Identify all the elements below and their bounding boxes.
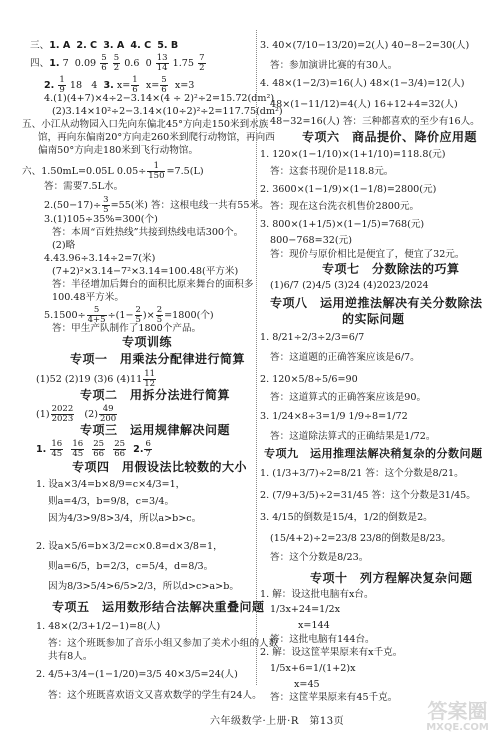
fraction: 52 — [113, 54, 120, 73]
fraction: 1314 — [156, 54, 169, 73]
fraction: 56 — [100, 54, 107, 73]
q-num: 1. — [49, 58, 59, 69]
topic-4-line: 因为4/3>9/8>3/4，所以a>b>c。 — [48, 513, 201, 525]
topic-10-line: 1/5x+6=1/(1+2)x — [270, 663, 356, 675]
topic-5-line: 2. 4/5+3/4−(1−1/20)=3/5 40×3/5=24(人) — [36, 669, 238, 681]
fraction: 1112 — [143, 370, 156, 389]
topic-8-title: 专项八 运用逆推法解决有关分数除法 — [270, 297, 483, 309]
fraction: 20222023 — [51, 405, 75, 424]
topic-8-line: 2. 120×5/8÷5/6=90 — [260, 374, 358, 386]
section-5-line2: 馆，再向东偏南20°方向走260米到爬行动物馆，再向西 — [38, 132, 275, 144]
topic-6-title: 专项六 商品提价、降价应用题 — [302, 131, 477, 143]
topic-5-line: 1. 48×(2/3+1/2−1)=8(人) — [36, 621, 160, 633]
item-line: 4. 48×(1−2/3)=16(人) 48×(1−3/4)=12(人) — [260, 78, 465, 90]
answer-text: 答：这道除法算式的正确结果是1/72。 — [270, 431, 435, 443]
answer-text: 答：这批电脑有144台。 — [270, 634, 375, 646]
topic-10-line: 2. 解：设这筐苹果原来有x千克。 — [260, 647, 402, 659]
topic-6-line: 1. 120×(1−1/10)×(1+1/10)=118.8(元) — [260, 149, 446, 161]
topic-4-line: 2. 设a×5/6=b×3/2=c×0.8=d×3/8=1， — [36, 541, 223, 553]
section-4-q4-2: (2)3.14×10²÷2−3.14×(10÷2)²÷2=117.75(dm²) — [52, 106, 283, 118]
topic-5-title: 专项五 运用数形结合法解决重叠问题 — [52, 601, 265, 613]
topic-4-line: 因为8/3>5/4>6/5>2/3，所以d>c>a>b。 — [48, 581, 239, 593]
topic-6-line: 2. 3600×(1−1/9)×(1−1/8)=2800(元) — [260, 184, 436, 196]
value: 18 4 — [70, 80, 97, 91]
answer-text: 答：这道算式的正确答案应该是90。 — [270, 392, 426, 404]
answer-text: 答：这个分数是8/23。 — [270, 552, 368, 564]
section-5-line3: 偏南50°方向走180米到飞行动物馆。 — [38, 145, 198, 157]
value: x= — [146, 80, 159, 91]
fraction: 72 — [198, 54, 205, 73]
answer: 3. A — [103, 40, 124, 51]
section-label: 三、 — [30, 40, 49, 51]
topic-9-title: 专项九 运用推理法解决稍复杂的分数问题 — [264, 448, 483, 460]
topic-4-line: 1. 设a×3/4=b×8/9=c×4/3=1， — [36, 479, 185, 491]
section-3-answers: 三、1. A 2. C 3. A 4. C 5. B — [30, 40, 178, 52]
topic-4-title: 专项四 用假设法比较数的大小 — [72, 461, 247, 473]
topic-5-line: 答：这个班既参加了音乐小组又参加了美术小组的人数 — [48, 638, 278, 650]
topic-7-title: 专项七 分数除法的巧算 — [322, 263, 460, 275]
column-divider — [256, 30, 257, 685]
section-4-q1: 四、1. 7 0.09 56 52 0.6 0 1314 1.75 72 — [30, 54, 207, 73]
section-6-q2: 2.(50−17)÷35=55(米) 答：这根电线一共有55米。 — [44, 196, 269, 215]
section-4-q4-1: 4.(1)(4+7)×4÷2−3.14×(4 ÷ 2)²÷2=15.72(dm²… — [44, 93, 274, 105]
q-num: 2. — [44, 80, 54, 91]
topic-3-title: 专项三 运用规律解决问题 — [80, 424, 230, 436]
answer-text: 答：本周“百姓热线”共接到热线电话300个。 — [52, 227, 243, 239]
watermark-text: 答案圈 — [420, 700, 495, 722]
section-6-q4: 4.43.96÷3.14÷2=7(米) — [44, 253, 155, 265]
value: x= — [117, 80, 130, 91]
watermark-logo: 答案圈 MXQE.COM — [420, 700, 495, 740]
answer-text: 答：半径增加后舞台的面积比原来舞台的面积多 — [52, 279, 253, 291]
topic-9-line: 1. (1/3+3/7)÷2=8/21 答：这个分数是8/21。 — [260, 468, 464, 480]
topic-9-line: 2. (7/9+3/5)÷2=31/45 答：这个分数是31/45。 — [260, 490, 476, 502]
answer-text: 100.48平方米。 — [52, 292, 124, 304]
topic-7-answers: (1)6/7 (2)4/5 (3)24 (4)2023/2024 — [270, 280, 429, 292]
q-num: 3. — [103, 80, 113, 91]
value: 7 — [63, 58, 69, 69]
topic-2-title: 专项二 用拆分法进行简算 — [80, 389, 230, 401]
fraction: 35 — [102, 196, 109, 215]
topic-3-answers: 1. 1645 1645 2566 2566 2.67 — [36, 440, 153, 459]
section-label: 四、 — [30, 58, 49, 69]
item-line: 3. 40×(7/10−13/20)=2(人) 40−8−2=30(人) — [260, 40, 469, 52]
fraction: 1150 — [147, 162, 165, 181]
topic-10-line: x=144 — [298, 620, 330, 632]
section-5-line1: 五、小江从动物园入口先向东偏北45°方向走150米到水族 — [22, 119, 268, 131]
value: 0.6 — [124, 58, 139, 69]
topic-10-line: 1/3x+24=1/2x — [270, 604, 340, 616]
value: 0.09 — [75, 58, 96, 69]
value: 0 — [146, 58, 152, 69]
value: 1.75 — [173, 58, 194, 69]
topic-10-line: x=45 — [294, 679, 320, 691]
answer-text: 答：现在这台洗衣机售价2800元。 — [270, 201, 419, 213]
answer-text: (2)略 — [52, 240, 75, 252]
page-footer: 六年级数学·上册·R 第13页 — [210, 712, 344, 727]
topic-5-line: 答：这个班既喜欢语文又喜欢数学的学生有24人。 — [48, 690, 262, 702]
topic-1-title: 专项一 用乘法分配律进行简算 — [70, 353, 245, 365]
topic-8-title-2: 的实际问题 — [342, 313, 405, 325]
item-line: 48−32=16(人) 答：三种都喜欢的至少有16人。 — [270, 116, 480, 128]
topic-9-line: 3. 4/15的倒数是15/4，1/2的倒数是2。 — [260, 512, 433, 524]
answer-text: 答：参加演讲比赛的有30人。 — [270, 60, 397, 72]
training-title: 专项训练 — [122, 336, 172, 348]
answer-text: 答：需要7.5L水。 — [44, 181, 123, 193]
answer-text: 答：甲生产队制作了1800个产品。 — [52, 323, 201, 335]
topic-10-line: 1. 解：设这批电脑有x台。 — [260, 589, 374, 601]
answer-text: 答：这筐苹果原来有45千克。 — [270, 692, 397, 704]
answer-text: 答：现价与原价相比是便宜了，便宜了32元。 — [270, 249, 465, 261]
section-6-q3: 3.(1)105÷35%=300(个) — [44, 214, 158, 226]
topic-4-line: 则a=4/3，b=9/8，c=3/4。 — [48, 496, 174, 508]
value: x=3 — [175, 80, 195, 91]
section-6-q1: 六、1.50mL=0.05L 0.05÷1150=7.5(L) — [22, 162, 204, 181]
section-6-q4-calc: (7+2)²×3.14−7²×3.14=100.48(平方米) — [52, 266, 238, 278]
topic-6-line: 3. 800×(1+1/5)×(1−1/5)=768(元) — [260, 219, 424, 231]
fraction: 49200 — [99, 405, 117, 424]
answer-text: 答：这套书现价是118.8元。 — [270, 166, 393, 178]
topic-10-title: 专项十 列方程解决复杂问题 — [310, 572, 473, 584]
answer: 4. C — [130, 40, 151, 51]
topic-8-line: 3. 1/24×8÷3=1/9 1/9÷8=1/72 — [260, 411, 408, 423]
topic-9-line: (15/4+2)÷2=23/8 23/8的倒数是8/23。 — [270, 533, 451, 545]
topic-2-answers: (1)20222023 (2)49200 — [36, 405, 118, 424]
answer-text: 答：这道题的正确答案应该是6/7。 — [270, 352, 420, 364]
item-line: 48×(1−11/12)=4(人) 16+12+4=32(人) — [270, 99, 458, 111]
topic-8-line: 1. 8/21÷2/3÷2/3=6/7 — [260, 332, 364, 344]
topic-1-answers: (1)52 (2)19 (3)6 (4)111112 — [36, 370, 157, 389]
topic-4-line: 则a=6/5，b=2/3，c=5/4，d=8/3。 — [48, 561, 213, 573]
answer: 5. B — [157, 40, 178, 51]
watermark-url: MXQE.COM — [420, 722, 495, 734]
answer: 1. A — [49, 40, 70, 51]
topic-5-line: 共有8人。 — [48, 651, 92, 663]
topic-6-line: 800−768=32(元) — [270, 235, 352, 247]
answer: 2. C — [76, 40, 97, 51]
